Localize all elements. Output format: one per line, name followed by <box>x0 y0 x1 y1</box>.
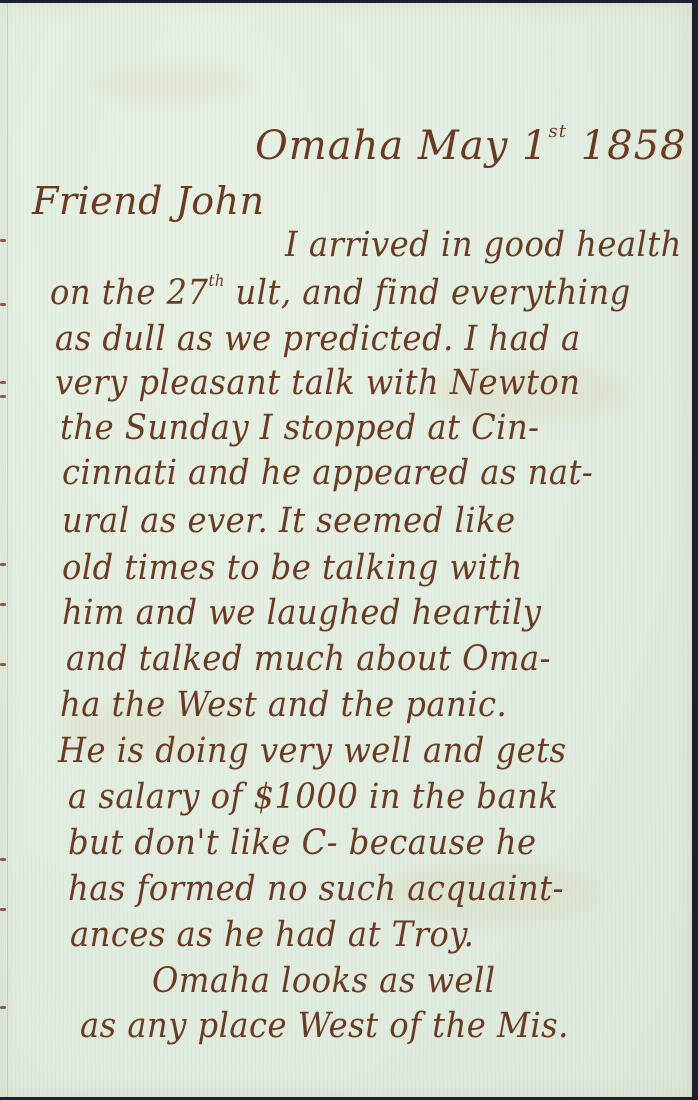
letter-line: He is doing very well and gets <box>58 731 567 771</box>
ink-bleed-mark <box>0 908 6 911</box>
dateline-place: Omaha <box>255 123 404 169</box>
paper-stain <box>90 63 250 103</box>
letter-line: ha the West and the panic. <box>60 685 507 725</box>
ink-bleed-mark <box>0 603 6 606</box>
letter-line: old times to be talking with <box>62 548 523 588</box>
letter-page: Omaha May 1st 1858 Friend John I arrived… <box>0 3 692 1097</box>
ink-bleed-mark <box>0 663 6 666</box>
dateline-day-suffix: st <box>548 121 566 142</box>
ink-bleed-mark <box>0 395 6 398</box>
letter-line: the Sunday I stopped at Cin- <box>60 408 539 448</box>
ink-bleed-mark <box>0 1006 6 1009</box>
salutation: Friend John <box>32 179 265 223</box>
ink-bleed-mark <box>0 858 6 861</box>
letter-line: I arrived in good health <box>285 225 682 265</box>
letter-line: a salary of $1000 in the bank <box>68 777 558 817</box>
dateline-month: May <box>418 123 508 169</box>
dateline-year: 1858 <box>581 123 687 169</box>
letter-line: and talked much about Oma- <box>66 639 551 679</box>
letter-line: ances as he had at Troy. <box>70 915 474 955</box>
letter-line: Omaha looks as well <box>152 961 496 1001</box>
letter-line: cinnati and he appeared as nat- <box>62 453 593 493</box>
ink-bleed-mark <box>0 303 6 306</box>
ink-bleed-mark <box>0 381 6 384</box>
margin-fold-line <box>7 3 8 1097</box>
letter-line: him and we laughed heartily <box>62 593 541 633</box>
letter-line: ural as ever. It seemed like <box>62 501 515 541</box>
ink-bleed-mark <box>0 239 6 242</box>
ink-bleed-mark <box>0 563 6 566</box>
dateline: Omaha May 1st 1858 <box>255 121 686 169</box>
letter-line: but don't like C- because he <box>68 823 537 863</box>
letter-line: very pleasant talk with Newton <box>55 363 580 403</box>
letter-line: has formed no such acquaint- <box>68 869 564 909</box>
dateline-day: 1 <box>522 123 548 169</box>
letter-line: as any place West of the Mis. <box>80 1006 569 1046</box>
letter-line: on the 27th ult, and find everything <box>50 271 631 313</box>
letter-line: as dull as we predicted. I had a <box>55 319 581 359</box>
